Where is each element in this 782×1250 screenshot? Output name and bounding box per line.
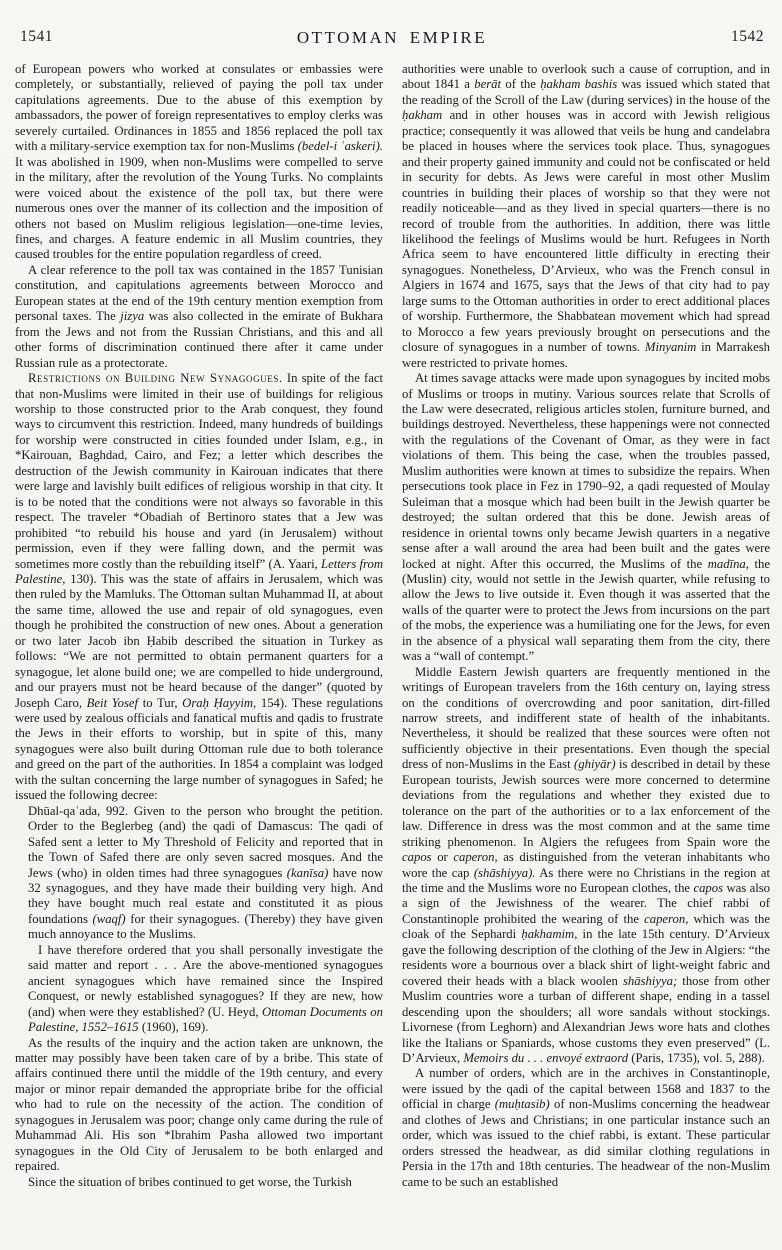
text-run: At times savage attacks were made upon s… [402, 371, 773, 570]
body-paragraph: authorities were unable to overlook such… [402, 62, 770, 371]
scanned-book-page: 1541 OTTOMAN EMPIRE 1542 of European pow… [0, 0, 782, 1250]
italic-text-run: Oraḥ Ḥayyim, [182, 696, 256, 710]
column-right: authorities were unable to overlook such… [402, 62, 770, 1220]
italic-text-run: Memoirs du . . . envoyé extraord [463, 1051, 628, 1065]
body-paragraph: of European powers who worked at consula… [15, 62, 383, 263]
body-paragraph: As the results of the inquiry and the ac… [15, 1036, 383, 1175]
italic-text-run: (shāshiyya). [474, 866, 536, 880]
text-run: As the results of the inquiry and the ac… [15, 1036, 386, 1174]
italic-text-run: shāshiyya; [623, 974, 677, 988]
text-run: Since the situation of bribes continued … [28, 1175, 352, 1189]
body-paragraph: Since the situation of bribes continued … [15, 1175, 383, 1190]
italic-text-run: caperon, [453, 850, 497, 864]
italic-text-run: Beit Yosef [87, 696, 138, 710]
text-run: 154). These regulations were used by zea… [15, 696, 386, 803]
body-paragraph: Middle Eastern Jewish quarters are frequ… [402, 665, 770, 1067]
body-paragraph: Restrictions on Building New Synagogues.… [15, 371, 383, 804]
italic-text-run: capos [402, 850, 432, 864]
text-run: or [432, 850, 454, 864]
italic-text-run: ḥakham [402, 108, 442, 122]
block-quote-paragraph: I have therefore ordered that you shall … [28, 943, 383, 1036]
text-columns: of European powers who worked at consula… [15, 62, 770, 1220]
italic-text-run: caperon, [644, 912, 688, 926]
italic-text-run: berāt [474, 77, 501, 91]
italic-text-run: capos [693, 881, 723, 895]
italic-text-run: (ghiyār) [574, 757, 616, 771]
text-run: Middle Eastern Jewish quarters are frequ… [402, 665, 773, 772]
column-left: of European powers who worked at consula… [15, 62, 383, 1220]
text-run: (Paris, 1735), vol. 5, 288). [628, 1051, 765, 1065]
italic-text-run: (bedel-i ʿaskeri). [298, 139, 383, 153]
text-run: to Tur, [138, 696, 182, 710]
italic-text-run: ḥakham bashis [540, 77, 617, 91]
italic-text-run: (kanīsa) [287, 866, 329, 880]
page-header: 1541 OTTOMAN EMPIRE 1542 [18, 28, 766, 50]
italic-text-run: madīna, [708, 557, 749, 571]
text-run: the (Muslin) city, would not settle in t… [402, 557, 773, 664]
body-paragraph: A number of orders, which are in the arc… [402, 1066, 770, 1190]
text-run: of the [501, 77, 540, 91]
running-title: OTTOMAN EMPIRE [18, 28, 766, 48]
text-run: In spite of the fact that non-Muslims we… [15, 371, 386, 570]
body-paragraph: At times savage attacks were made upon s… [402, 371, 770, 665]
text-run: and in other houses was in accord with J… [402, 108, 773, 354]
body-paragraph: A clear reference to the poll tax was co… [15, 263, 383, 371]
block-quote-paragraph: Dhūal-qaʿada, 992. Given to the person w… [28, 804, 383, 943]
italic-text-run: ḥakhamim, [521, 927, 577, 941]
italic-text-run: jizya [120, 309, 144, 323]
italic-text-run: (waqf) [93, 912, 126, 926]
italic-text-run: (muḥtasib) [495, 1097, 550, 1111]
text-run: (1960), 169). [139, 1020, 209, 1034]
text-run: 130). This was the state of affairs in J… [15, 572, 386, 710]
italic-text-run: Minyanim [645, 340, 696, 354]
text-run: It was abolished in 1909, when non-Musli… [15, 139, 386, 261]
section-heading-run: Restrictions on Building New Synagogues. [28, 371, 283, 385]
right-column-number: 1542 [731, 28, 764, 46]
